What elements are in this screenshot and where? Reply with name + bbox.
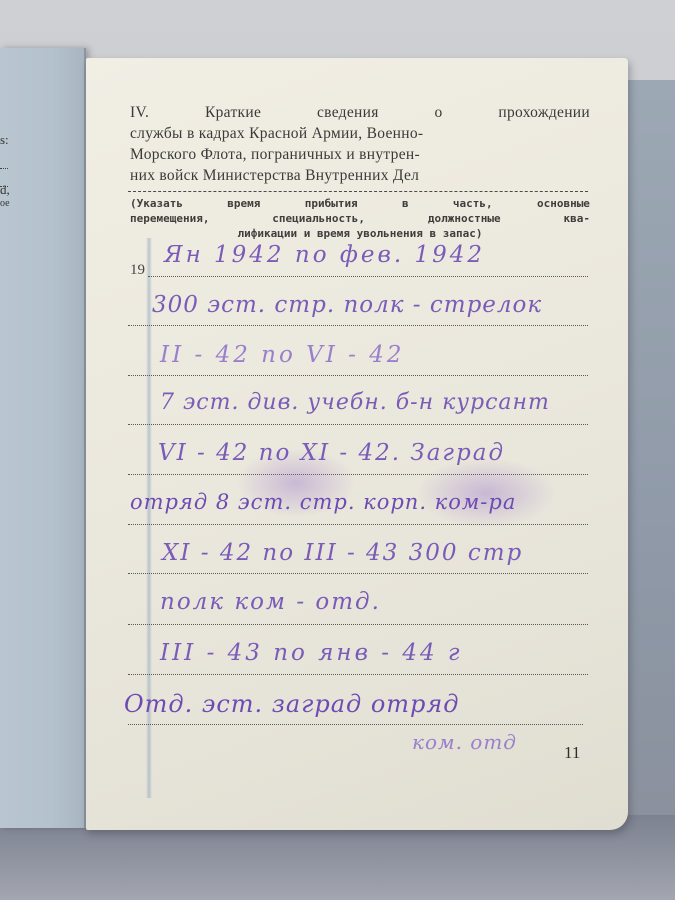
writing-line xyxy=(148,276,588,277)
instruction-text: (Указать время прибытия в часть, основны… xyxy=(130,196,590,241)
left-page-fragment: ое xyxy=(0,198,10,209)
handwritten-entry: ком. отд xyxy=(412,730,517,754)
left-page-fragment: d, xyxy=(0,182,10,198)
writing-line xyxy=(128,573,588,574)
writing-line xyxy=(128,424,588,425)
handwritten-entry: отряд 8 эст. стр. корп. ком-ра xyxy=(130,490,516,514)
heading-line-1: IV. Краткие сведения о прохождении xyxy=(130,102,590,123)
handwritten-entry: Ян 1942 по фев. 1942 xyxy=(164,242,485,268)
writing-line xyxy=(128,325,588,326)
handwritten-entry: 7 эст. див. учебн. б-н курсант xyxy=(160,390,550,415)
left-page-fragment: s: xyxy=(0,132,9,148)
writing-line xyxy=(128,624,588,625)
instruction-line-3: лификации и время увольнения в запас) xyxy=(130,226,590,241)
heading-underline xyxy=(128,191,588,192)
handwritten-entry: VI - 42 по XI - 42. Заград xyxy=(158,440,505,466)
handwritten-entry: полк ком - отд. xyxy=(160,589,381,615)
instruction-line-1: (Указать время прибытия в часть, основны… xyxy=(130,196,590,211)
heading-line-4: них войск Министерства Внутренних Дел xyxy=(130,165,590,186)
page-number: 11 xyxy=(564,743,580,763)
writing-line xyxy=(128,375,588,376)
left-page-dash xyxy=(0,168,8,169)
handwritten-entry: Отд. эст. заград отряд xyxy=(124,690,460,718)
writing-line xyxy=(128,674,588,675)
booklet-page: IV. Краткие сведения о прохождении служб… xyxy=(86,58,628,830)
year-prefix: 19 xyxy=(130,262,145,279)
handwritten-entry: II - 42 по VI - 42 xyxy=(160,342,404,368)
handwritten-entry: III - 43 по янв - 44 г xyxy=(160,640,463,666)
section-heading: IV. Краткие сведения о прохождении служб… xyxy=(130,102,590,186)
heading-line-2: службы в кадрах Красной Армии, Военно- xyxy=(130,123,590,144)
writing-line xyxy=(128,524,588,525)
left-page: s: d, ое xyxy=(0,48,86,828)
heading-line-3: Морского Флота, пограничных и внутрен- xyxy=(130,144,590,165)
handwritten-entry: 300 эст. стр. полк - стрелок xyxy=(152,292,542,318)
instruction-line-2: перемещения, специальность, должностные … xyxy=(130,211,590,226)
writing-line xyxy=(128,724,583,725)
handwritten-entry: XI - 42 по III - 43 300 стр xyxy=(162,540,523,566)
